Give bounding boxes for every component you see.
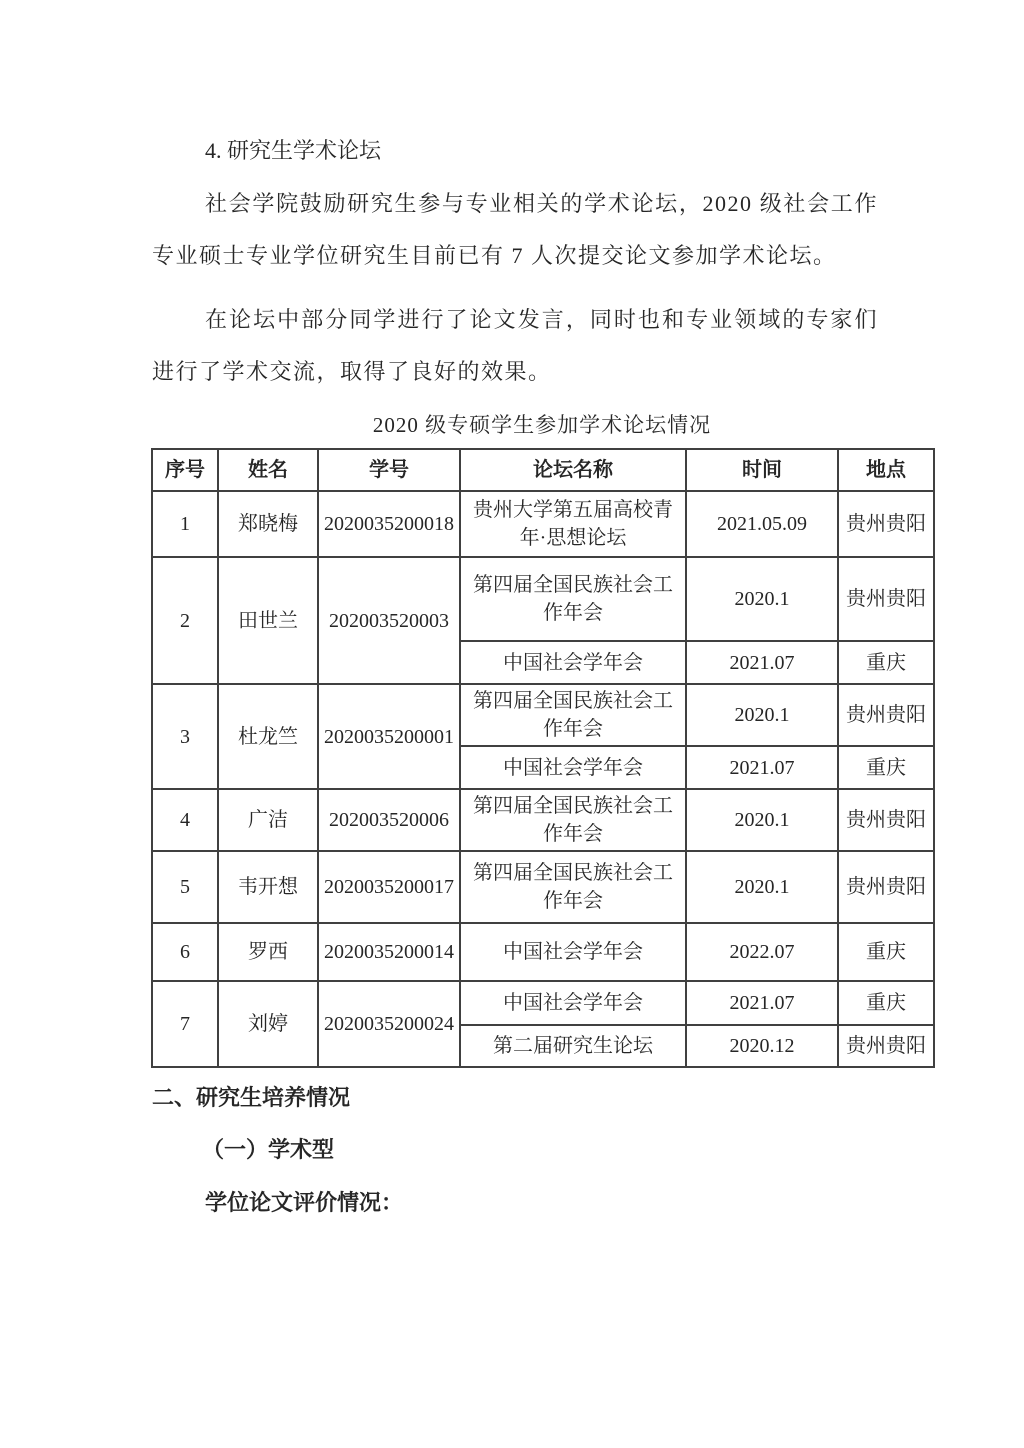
cell-no: 1 [152,491,218,557]
cell-student-id: 2020035200024 [318,981,460,1067]
table-row: 1 郑晓梅 2020035200018 贵州大学第五届高校青年·思想论坛 202… [152,491,934,557]
section-heading: 4. 研究生学术论坛 [152,136,1024,166]
cell-no: 5 [152,851,218,923]
cell-name: 郑晓梅 [218,491,318,557]
document-page: 4. 研究生学术论坛 社会学院鼓励研究生参与专业相关的学术论坛，2020 级社会… [0,0,1024,1448]
cell-no: 4 [152,789,218,851]
cell-time: 2020.1 [686,557,838,641]
cell-place: 重庆 [838,746,934,789]
cell-place: 贵州贵阳 [838,851,934,923]
cell-forum: 第二届研究生论坛 [460,1025,686,1067]
cell-name: 刘婷 [218,981,318,1067]
cell-time: 2021.07 [686,641,838,684]
cell-name: 广洁 [218,789,318,851]
cell-time: 2022.07 [686,923,838,981]
cell-place: 贵州贵阳 [838,1025,934,1067]
cell-place: 重庆 [838,923,934,981]
header-cell-name: 姓名 [218,449,318,491]
cell-time: 2020.1 [686,684,838,746]
cell-forum: 中国社会学年会 [460,923,686,981]
cell-no: 6 [152,923,218,981]
page-content: 4. 研究生学术论坛 社会学院鼓励研究生参与专业相关的学术论坛，2020 级社会… [0,0,1024,1219]
cell-place: 贵州贵阳 [838,789,934,851]
cell-time: 2020.1 [686,789,838,851]
cell-place: 贵州贵阳 [838,491,934,557]
cell-forum: 中国社会学年会 [460,746,686,789]
cell-place: 贵州贵阳 [838,557,934,641]
paragraph-forum-intro: 社会学院鼓励研究生参与专业相关的学术论坛，2020 级社会工作专业硕士专业学位研… [152,178,878,282]
thesis-evaluation-heading: 学位论文评价情况： [152,1187,1024,1219]
cell-forum: 中国社会学年会 [460,641,686,684]
cell-student-id: 2020035200014 [318,923,460,981]
header-cell-forum: 论坛名称 [460,449,686,491]
cell-time: 2021.05.09 [686,491,838,557]
section-2-heading: 二、研究生培养情况 [152,1082,1024,1114]
header-cell-no: 序号 [152,449,218,491]
cell-no: 7 [152,981,218,1067]
cell-no: 2 [152,557,218,684]
cell-forum: 第四届全国民族社会工作年会 [460,789,686,851]
header-cell-student-id: 学号 [318,449,460,491]
cell-student-id: 202003520006 [318,789,460,851]
table-row: 4 广洁 202003520006 第四届全国民族社会工作年会 2020.1 贵… [152,789,934,851]
cell-forum: 中国社会学年会 [460,981,686,1025]
cell-place: 贵州贵阳 [838,684,934,746]
table-row: 6 罗西 2020035200014 中国社会学年会 2022.07 重庆 [152,923,934,981]
cell-time: 2021.07 [686,746,838,789]
forum-participation-table: 序号 姓名 学号 论坛名称 时间 地点 1 郑晓梅 2020035200018 … [151,448,935,1068]
cell-student-id: 2020035200017 [318,851,460,923]
header-cell-place: 地点 [838,449,934,491]
cell-student-id: 2020035200001 [318,684,460,789]
cell-no: 3 [152,684,218,789]
cell-student-id: 2020035200018 [318,491,460,557]
table-row: 5 韦开想 2020035200017 第四届全国民族社会工作年会 2020.1… [152,851,934,923]
cell-forum: 贵州大学第五届高校青年·思想论坛 [460,491,686,557]
cell-name: 韦开想 [218,851,318,923]
cell-place: 重庆 [838,641,934,684]
paragraph-forum-result: 在论坛中部分同学进行了论文发言，同时也和专业领域的专家们进行了学术交流，取得了良… [152,294,878,398]
cell-name: 田世兰 [218,557,318,684]
table-body: 1 郑晓梅 2020035200018 贵州大学第五届高校青年·思想论坛 202… [152,491,934,1067]
table-header-row: 序号 姓名 学号 论坛名称 时间 地点 [152,449,934,491]
table-row: 3 杜龙竺 2020035200001 第四届全国民族社会工作年会 2020.1… [152,684,934,746]
table-row: 2 田世兰 202003520003 第四届全国民族社会工作年会 2020.1 … [152,557,934,641]
cell-place: 重庆 [838,981,934,1025]
cell-forum: 第四届全国民族社会工作年会 [460,557,686,641]
cell-name: 杜龙竺 [218,684,318,789]
cell-forum: 第四届全国民族社会工作年会 [460,684,686,746]
subsection-academic-heading: （一）学术型 [152,1134,1024,1166]
table-caption: 2020 级专硕学生参加学术论坛情况 [151,402,933,448]
cell-name: 罗西 [218,923,318,981]
cell-forum: 第四届全国民族社会工作年会 [460,851,686,923]
table-head: 序号 姓名 学号 论坛名称 时间 地点 [152,449,934,491]
cell-student-id: 202003520003 [318,557,460,684]
cell-time: 2020.12 [686,1025,838,1067]
cell-time: 2020.1 [686,851,838,923]
cell-time: 2021.07 [686,981,838,1025]
table-row: 7 刘婷 2020035200024 中国社会学年会 2021.07 重庆 [152,981,934,1025]
header-cell-time: 时间 [686,449,838,491]
